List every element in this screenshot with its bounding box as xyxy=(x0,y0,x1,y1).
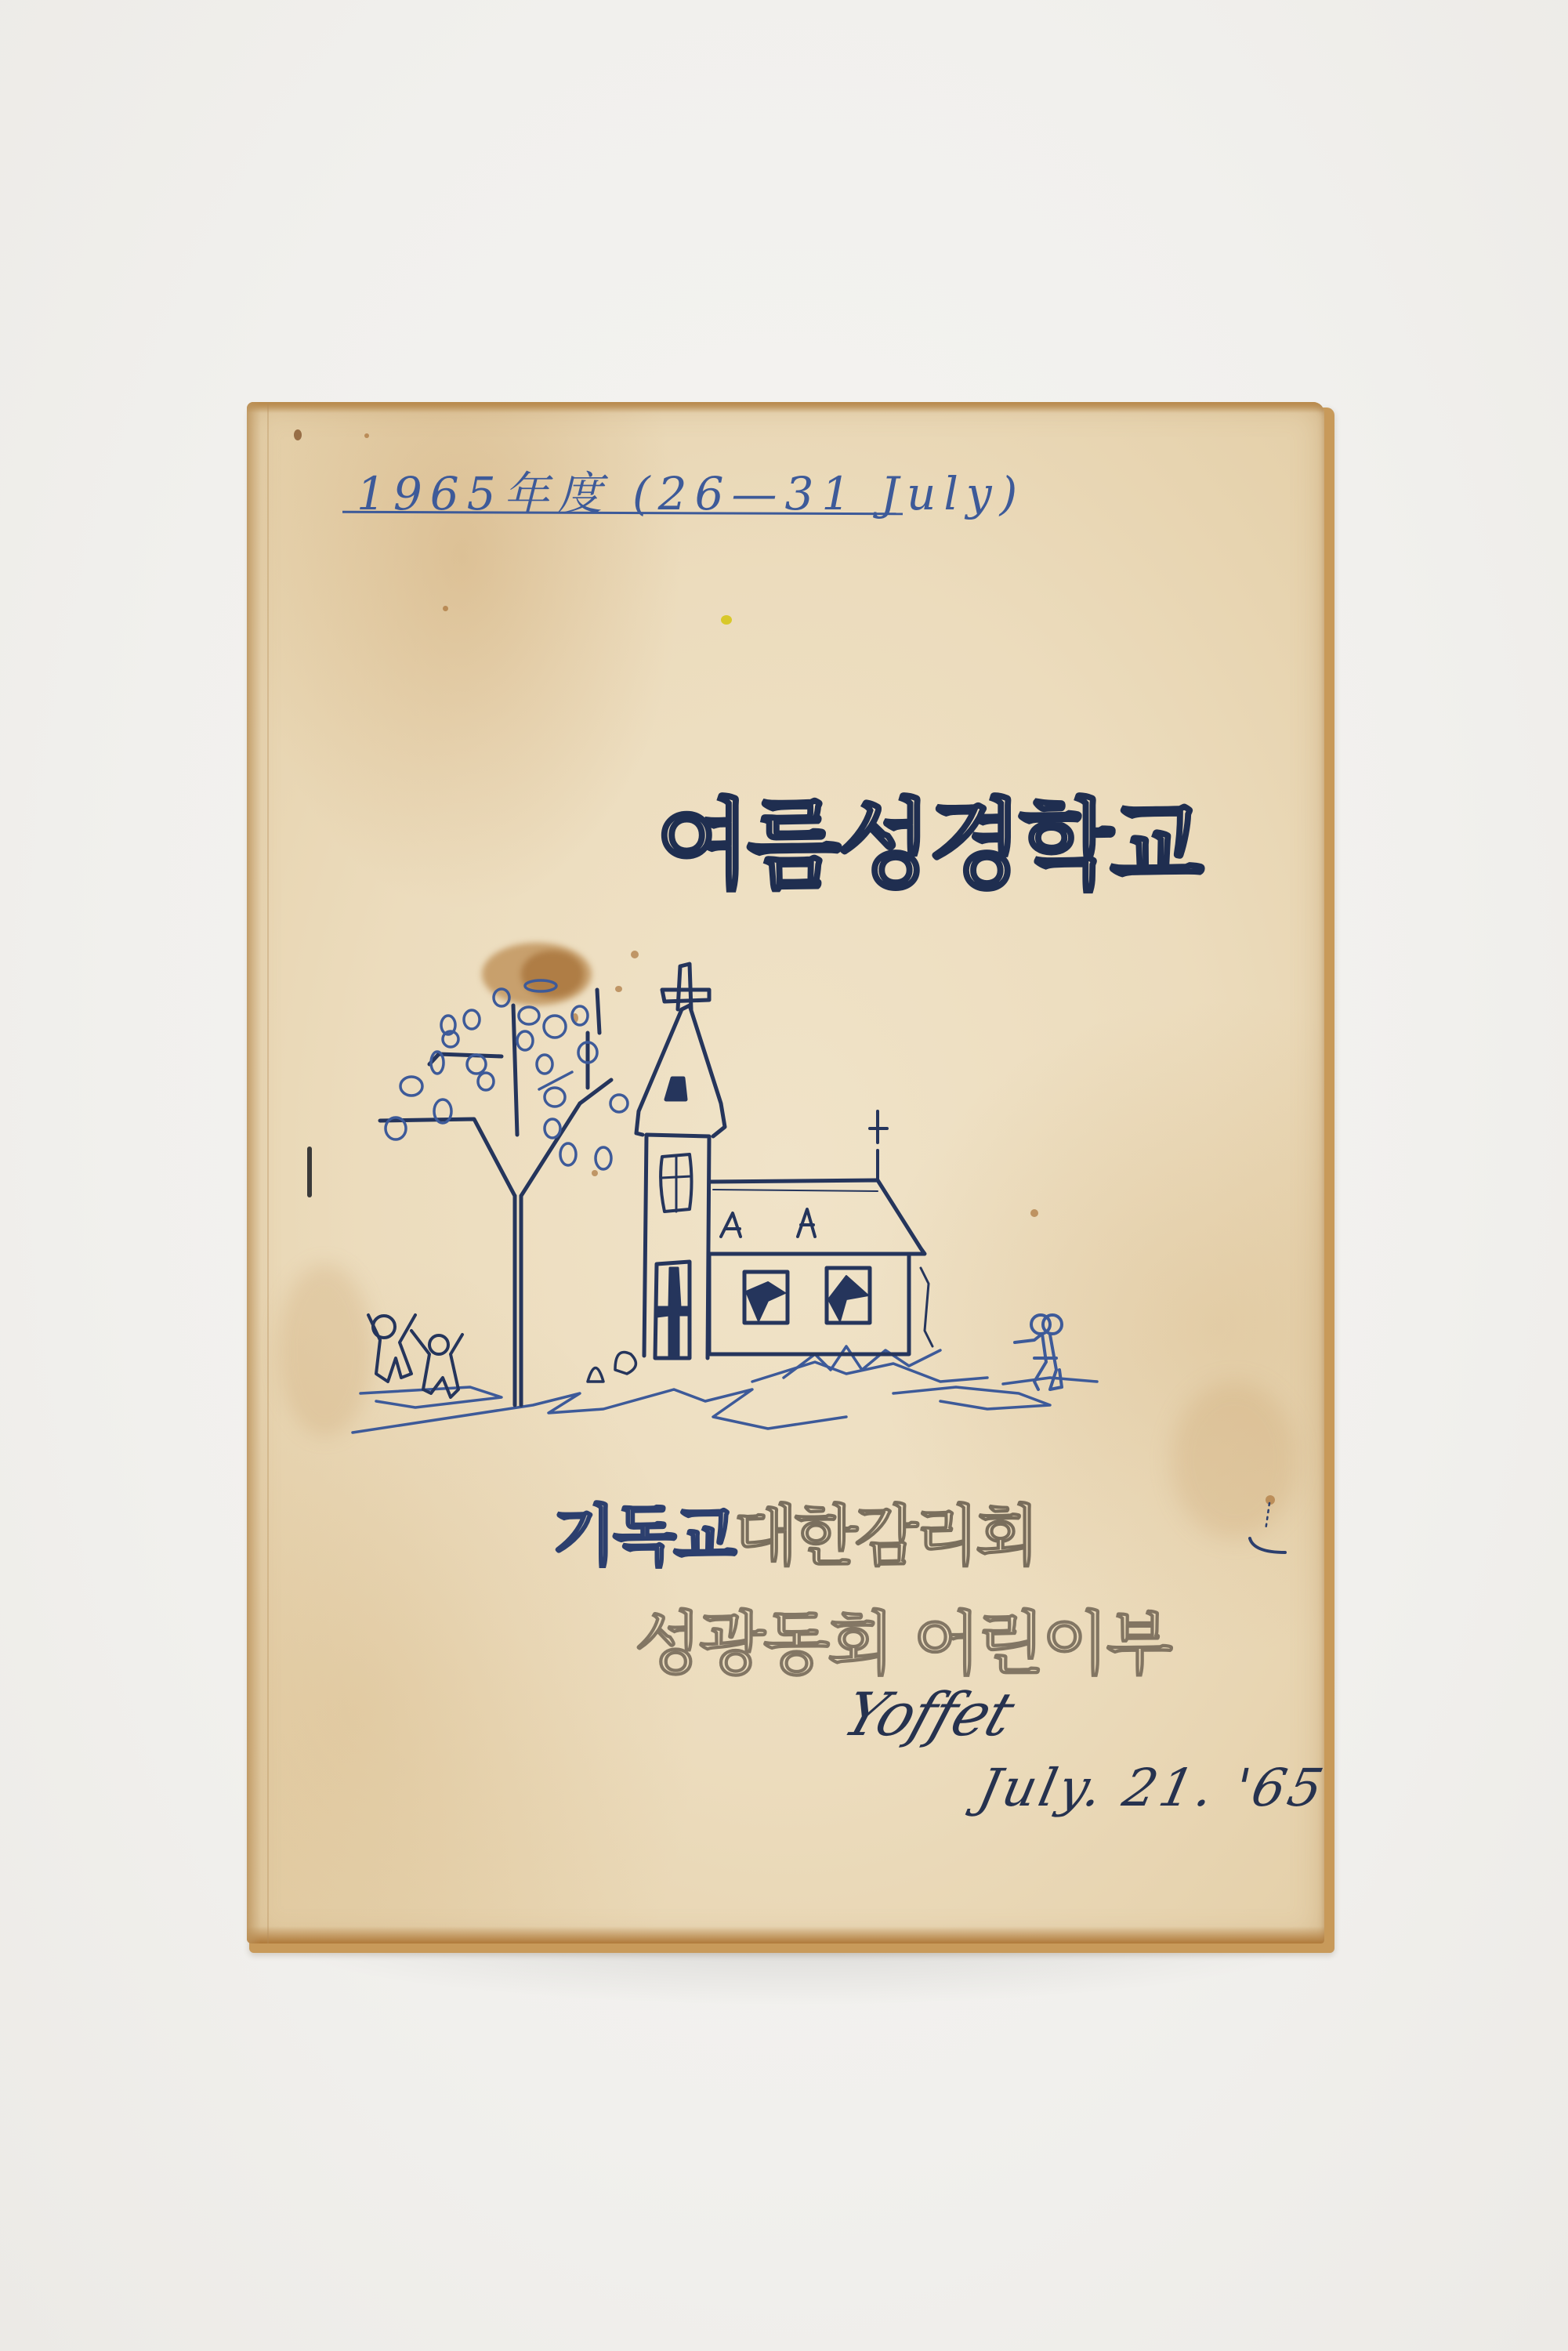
subtitle-childrens-dept: 성광동회 어린이부 xyxy=(635,1589,1121,1683)
spine-crease xyxy=(267,402,269,1943)
staple xyxy=(307,1147,312,1197)
bush-icon xyxy=(588,1353,636,1382)
handwritten-date: July. 21. '65 xyxy=(973,1758,1324,1818)
subtitle-outline-text: 대한감리회 xyxy=(733,1498,1036,1574)
cover-edge-left xyxy=(247,402,261,1943)
signature-text: Yoffet xyxy=(835,1679,1022,1749)
speck xyxy=(364,433,369,438)
signature: Yoffet xyxy=(846,1679,1207,1766)
church-tower-icon xyxy=(636,964,725,1358)
cover-edge-bottom xyxy=(247,1926,1324,1943)
yellow-ink-dot xyxy=(721,615,732,625)
speck xyxy=(294,429,302,440)
booklet-title: 여름성경학교 xyxy=(709,770,1148,904)
handwritten-year-note: 1965年度 (26—31 July) xyxy=(349,457,913,520)
speck xyxy=(443,606,448,611)
ink-mark-icon xyxy=(1242,1499,1305,1562)
children-waving-icon xyxy=(368,1315,462,1397)
subtitle-filled-text: 기독교 xyxy=(552,1498,733,1574)
ground-lines-icon xyxy=(353,1346,1097,1433)
church-hall-icon xyxy=(709,1111,932,1354)
booklet-cover: 1965年度 (26—31 July) 여름성경학교 xyxy=(247,402,1324,1943)
subtitle-church-name: 기독교대한감리회 xyxy=(552,1483,960,1562)
tree-icon xyxy=(380,980,628,1405)
cover-edge-top xyxy=(247,402,1324,413)
church-illustration xyxy=(345,955,1128,1448)
title-text: 여름성경학교 xyxy=(657,767,1201,907)
